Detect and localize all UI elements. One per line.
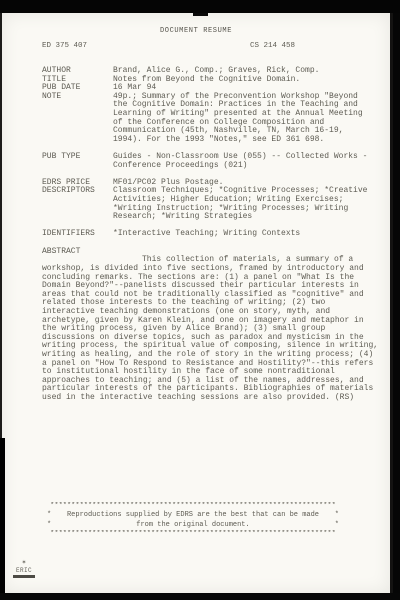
scan-bottom-edge bbox=[0, 593, 400, 600]
ed-number: ED 375 407 bbox=[42, 42, 87, 50]
field-label: PUB TYPE bbox=[42, 153, 113, 170]
bibliographic-fields: AUTHOR Brand, Alice G., Comp.; Graves, R… bbox=[2, 67, 390, 239]
edrs-reproduction-notice: ****************************************… bbox=[47, 502, 339, 540]
asterisk-border-bottom: ****************************************… bbox=[47, 530, 339, 539]
scan-left-black-bar bbox=[0, 438, 5, 593]
eric-logo: ✶ ERIC bbox=[10, 560, 38, 578]
abstract-text: This collection of materials, a summary … bbox=[42, 256, 380, 402]
notice-line-1: * Reproductions supplied by EDRS are the… bbox=[47, 511, 339, 520]
field-row-note: NOTE 49p.; Summary of the Preconvention … bbox=[2, 93, 390, 145]
notice-text-1: Reproductions supplied by EDRS are the b… bbox=[51, 511, 335, 520]
field-value: *Interactive Teaching; Writing Contexts bbox=[113, 230, 377, 239]
scan-right-edge bbox=[390, 13, 393, 593]
field-value: Classroom Techniques; *Cognitive Process… bbox=[113, 187, 377, 221]
page-content: DOCUMENT RESUME ED 375 407 CS 214 458 AU… bbox=[2, 13, 390, 593]
scanned-document: DOCUMENT RESUME ED 375 407 CS 214 458 AU… bbox=[0, 0, 400, 600]
field-value: 49p.; Summary of the Preconvention Works… bbox=[113, 93, 377, 145]
field-label: DESCRIPTORS bbox=[42, 187, 113, 221]
notice-line-2: * from the original document. * bbox=[47, 521, 339, 530]
accession-numbers: ED 375 407 CS 214 458 bbox=[2, 42, 390, 51]
field-value: Guides - Non-Classroom Use (055) -- Coll… bbox=[113, 153, 377, 170]
field-label: IDENTIFIERS bbox=[42, 230, 113, 239]
field-row-descriptors: DESCRIPTORS Classroom Techniques; *Cogni… bbox=[2, 187, 390, 221]
document-resume-header: DOCUMENT RESUME bbox=[2, 27, 390, 35]
field-row-pub-type: PUB TYPE Guides - Non-Classroom Use (055… bbox=[2, 153, 390, 170]
field-label: NOTE bbox=[42, 93, 113, 145]
abstract-section: ABSTRACT This collection of materials, a… bbox=[2, 248, 390, 403]
notice-text-2: from the original document. bbox=[51, 521, 335, 530]
scan-top-border bbox=[0, 0, 400, 13]
eric-logo-text: ERIC bbox=[10, 567, 38, 574]
clearinghouse-number: CS 214 458 bbox=[250, 42, 295, 50]
eric-logo-underline bbox=[13, 575, 35, 578]
asterisk-border-top: ****************************************… bbox=[47, 502, 339, 511]
document-page: DOCUMENT RESUME ED 375 407 CS 214 458 AU… bbox=[2, 13, 390, 593]
scan-top-notch bbox=[193, 13, 208, 16]
asterisk-right: * bbox=[335, 511, 339, 520]
eric-figure-icon: ✶ bbox=[10, 560, 38, 567]
asterisk-right: * bbox=[335, 521, 339, 530]
field-row-identifiers: IDENTIFIERS *Interactive Teaching; Writi… bbox=[2, 230, 390, 239]
